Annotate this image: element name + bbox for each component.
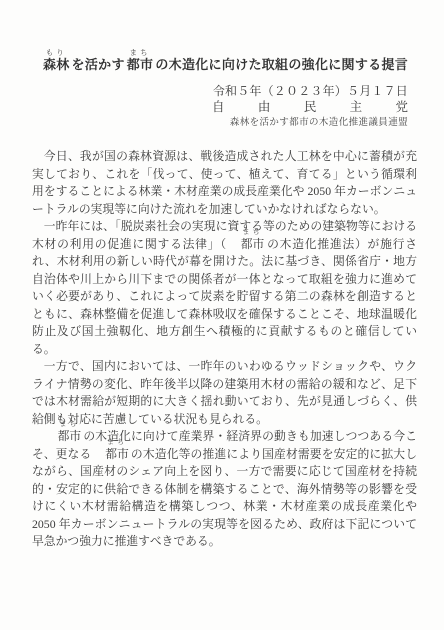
ruby-annotated-word: 森林もり: [43, 57, 70, 72]
ruby-base-text: 都市: [241, 237, 265, 251]
ruby-annotated-word: 都市まち: [229, 236, 264, 254]
paragraph: 一昨年には、「脱炭素社会の実現に資する等のための建築物等における木材の利用の促進…: [32, 218, 417, 358]
paragraph: 今日、我が国の森林資源は、戦後造成された人工林を中心に蓄積が充実しており、これを…: [32, 148, 417, 218]
furigana-text: まち: [48, 421, 80, 428]
furigana-text: まち: [95, 439, 127, 446]
party-name-char: 主: [350, 99, 363, 115]
ruby-base-text: 都市: [58, 429, 82, 443]
party-name-char: 党: [395, 99, 408, 115]
document-body: 今日、我が国の森林資源は、戦後造成された人工林を中心に蓄積が充実しており、これを…: [32, 148, 417, 551]
party-name-char: 由: [258, 99, 271, 115]
party-name-char: 民: [304, 99, 317, 115]
ruby-base-text: 都市: [127, 57, 154, 72]
document-title: 森林もりを活かす都市まちの木造化に向けた取組の強化に関する提言: [32, 57, 417, 72]
furigana-text: まち: [130, 49, 151, 56]
ruby-annotated-word: 都市まち: [93, 446, 128, 464]
paragraph: 一方で、国内においては、一昨年のいわゆるウッドショックや、ウクライナ情勢の変化、…: [32, 358, 417, 428]
ruby-base-text: 森林: [43, 57, 70, 72]
party-name-char: 自: [212, 99, 225, 115]
ruby-annotated-word: 都市まち: [46, 428, 81, 446]
party-name: 自由民主党: [212, 99, 408, 115]
document-page: 森林もりを活かす都市まちの木造化に向けた取組の強化に関する提言 令和５年（２０２…: [0, 0, 444, 630]
furigana-text: もり: [46, 49, 67, 56]
furigana-text: まち: [231, 229, 263, 236]
organization-name: 森林を活かす都市の木造化推進議員連盟: [32, 117, 408, 130]
ruby-base-text: 都市: [105, 447, 129, 461]
document-date: 令和５年（２０２３年）５月１７日: [32, 83, 408, 99]
ruby-annotated-word: 都市まち: [127, 57, 154, 72]
document-meta: 令和５年（２０２３年）５月１７日 自由民主党 森林を活かす都市の木造化推進議員連…: [32, 83, 417, 130]
paragraph: 都市まちの木造化に向けて産業界・経済界の動きも加速しつつある今こそ、更なる都市ま…: [32, 428, 417, 551]
